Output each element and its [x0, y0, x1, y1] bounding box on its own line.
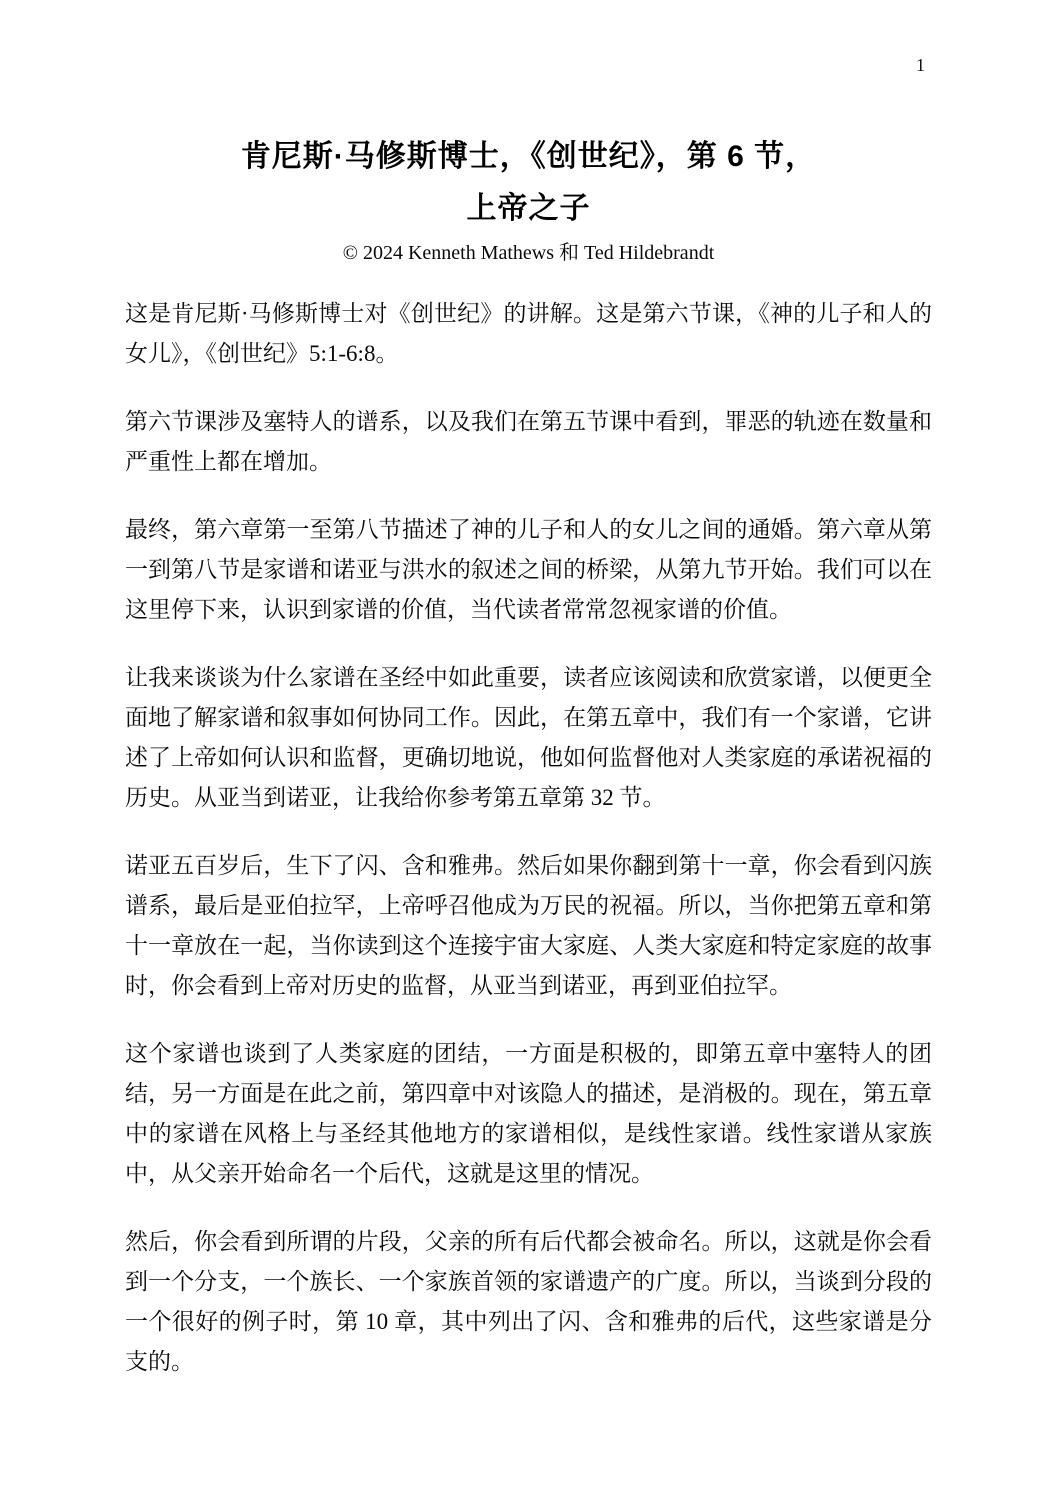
paragraph: 然后，你会看到所谓的片段，父亲的所有后代都会被命名。所以，这就是你会看到一个分支…: [125, 1222, 932, 1382]
document-title: 肯尼斯·马修斯博士，《创世纪》，第 6 节， 上帝之子: [125, 131, 932, 235]
document-title-line1: 肯尼斯·马修斯博士，《创世纪》，第 6 节，: [125, 131, 932, 183]
paragraph: 这个家谱也谈到了人类家庭的团结，一方面是积极的，即第五章中塞特人的团结，另一方面…: [125, 1034, 932, 1194]
paragraph: 第六节课涉及塞特人的谱系，以及我们在第五节课中看到，罪恶的轨迹在数量和严重性上都…: [125, 402, 932, 482]
document-page: 1 肯尼斯·马修斯博士，《创世纪》，第 6 节， 上帝之子 © 2024 Ken…: [0, 0, 1058, 1497]
paragraph: 最终，第六章第一至第八节描述了神的儿子和人的女儿之间的通婚。第六章从第一到第八节…: [125, 510, 932, 630]
paragraph: 让我来谈谈为什么家谱在圣经中如此重要，读者应该阅读和欣赏家谱，以便更全面地了解家…: [125, 658, 932, 818]
document-title-line2: 上帝之子: [125, 183, 932, 235]
paragraph: 诺亚五百岁后，生下了闪、含和雅弗。然后如果你翻到第十一章，你会看到闪族谱系，最后…: [125, 846, 932, 1006]
paragraph: 这是肯尼斯·马修斯博士对《创世纪》的讲解。这是第六节课，《神的儿子和人的女儿》，…: [125, 294, 932, 374]
paragraph-list: 这是肯尼斯·马修斯博士对《创世纪》的讲解。这是第六节课，《神的儿子和人的女儿》，…: [125, 294, 932, 1382]
copyright-line: © 2024 Kenneth Mathews 和 Ted Hildebrandt: [125, 238, 932, 268]
document-content: 肯尼斯·马修斯博士，《创世纪》，第 6 节， 上帝之子 © 2024 Kenne…: [125, 0, 932, 1410]
